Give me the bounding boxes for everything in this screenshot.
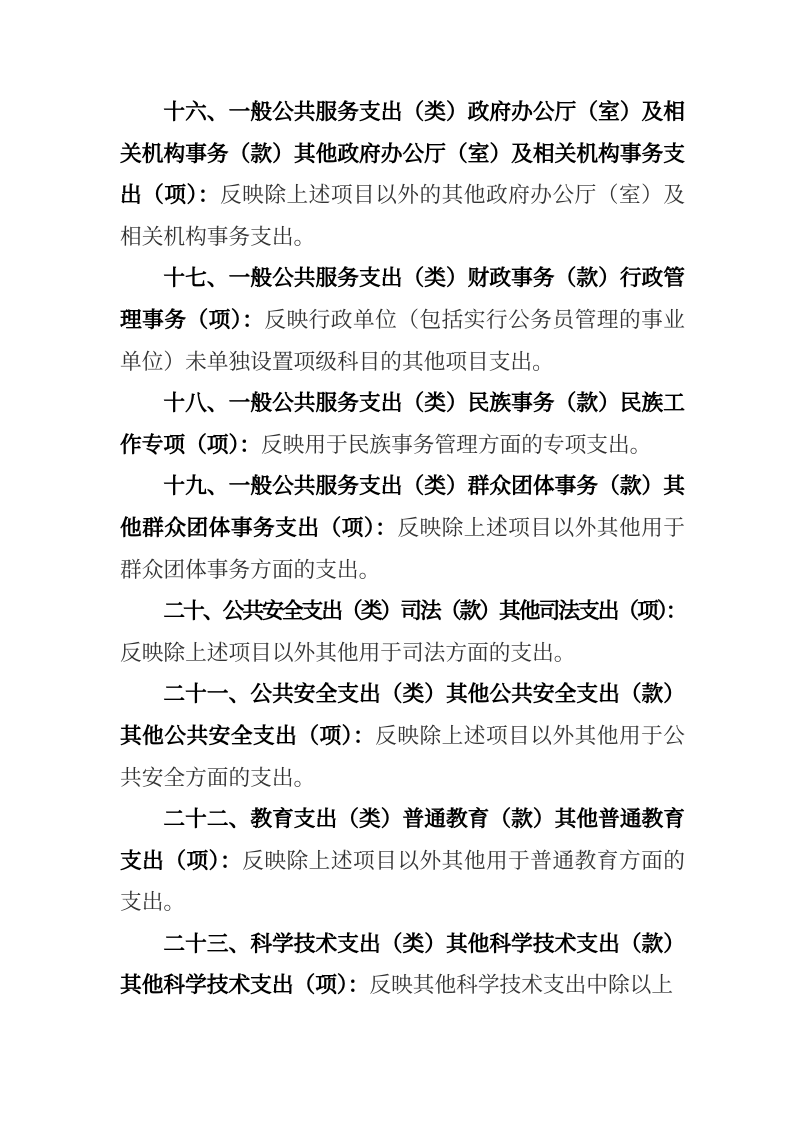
document-content: 十六、一般公共服务支出（类）政府办公厅（室）及相关机构事务（款）其他政府办公厅（…: [120, 92, 685, 1007]
paragraph-16: 十六、一般公共服务支出（类）政府办公厅（室）及相关机构事务（款）其他政府办公厅（…: [120, 92, 685, 258]
document-page: 十六、一般公共服务支出（类）政府办公厅（室）及相关机构事务（款）其他政府办公厅（…: [0, 0, 793, 1122]
paragraph-20-heading: 二十、公共安全支出（类）司法（款）其他司法支出（项）：: [163, 599, 685, 623]
paragraph-23-body: 反映其他科学技术支出中除以上: [369, 973, 673, 997]
paragraph-17: 十七、一般公共服务支出（类）财政事务（款）行政管理事务（项）：反映行政单位（包括…: [120, 258, 685, 383]
paragraph-22: 二十二、教育支出（类）普通教育（款）其他普通教育支出（项）：反映除上述项目以外其…: [120, 799, 685, 924]
paragraph-20: 二十、公共安全支出（类）司法（款）其他司法支出（项）：反映除上述项目以外其他用于…: [120, 591, 685, 674]
paragraph-19: 十九、一般公共服务支出（类）群众团体事务（款）其他群众团体事务支出（项）：反映除…: [120, 466, 685, 591]
paragraph-20-body: 反映除上述项目以外其他用于司法方面的支出。: [120, 641, 575, 665]
paragraph-21: 二十一、公共安全支出（类）其他公共安全支出（款）其他公共安全支出（项）：反映除上…: [120, 674, 685, 799]
paragraph-18-body: 反映用于民族事务管理方面的专项支出。: [261, 433, 651, 457]
paragraph-23: 二十三、科学技术支出（类）其他科学技术支出（款）其他科学技术支出（项）：反映其他…: [120, 924, 685, 1007]
paragraph-18: 十八、一般公共服务支出（类）民族事务（款）民族工作专项（项）：反映用于民族事务管…: [120, 383, 685, 466]
